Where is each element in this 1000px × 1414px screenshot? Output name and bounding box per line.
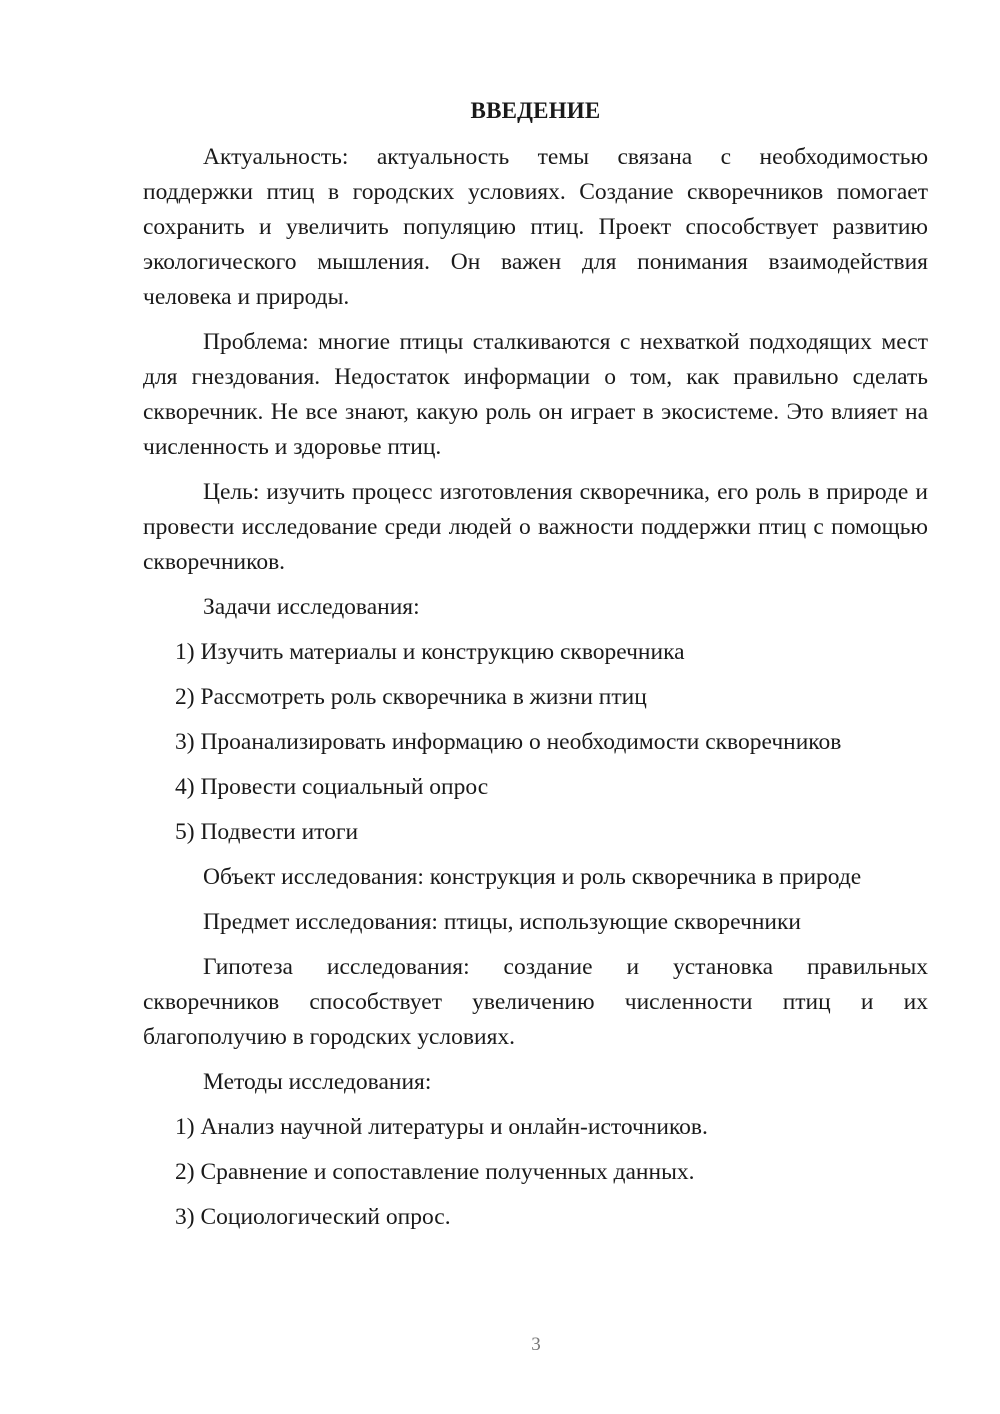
method-item-1: 1) Анализ научной литературы и онлайн-ис… bbox=[143, 1110, 928, 1145]
paragraph-goal: Цель: изучить процесс изготовления сквор… bbox=[143, 475, 928, 580]
task-item-1: 1) Изучить материалы и конструкцию сквор… bbox=[143, 635, 928, 670]
page-content: ВВЕДЕНИЕ Актуальность: актуальность темы… bbox=[143, 96, 928, 1245]
task-item-2: 2) Рассмотреть роль скворечника в жизни … bbox=[143, 680, 928, 715]
paragraph-problem: Проблема: многие птицы сталкиваются с не… bbox=[143, 325, 928, 465]
method-item-2: 2) Сравнение и сопоставление полученных … bbox=[143, 1155, 928, 1190]
methods-heading: Методы исследования: bbox=[143, 1065, 928, 1100]
paragraph-hypothesis: Гипотеза исследования: создание и устано… bbox=[143, 950, 928, 1055]
section-title: ВВЕДЕНИЕ bbox=[143, 96, 928, 126]
page-number: 3 bbox=[0, 1334, 1000, 1356]
tasks-list: 1) Изучить материалы и конструкцию сквор… bbox=[143, 635, 928, 850]
task-item-3: 3) Проанализировать информацию о необход… bbox=[143, 725, 928, 760]
method-item-3: 3) Социологический опрос. bbox=[143, 1200, 928, 1235]
research-subject: Предмет исследования: птицы, использующи… bbox=[143, 905, 928, 940]
paragraph-relevance: Актуальность: актуальность темы связана … bbox=[143, 140, 928, 315]
methods-list: 1) Анализ научной литературы и онлайн-ис… bbox=[143, 1110, 928, 1235]
task-item-4: 4) Провести социальный опрос bbox=[143, 770, 928, 805]
research-object: Объект исследования: конструкция и роль … bbox=[143, 860, 928, 895]
task-item-5: 5) Подвести итоги bbox=[143, 815, 928, 850]
document-page: ВВЕДЕНИЕ Актуальность: актуальность темы… bbox=[0, 0, 1000, 1414]
tasks-heading: Задачи исследования: bbox=[143, 590, 928, 625]
